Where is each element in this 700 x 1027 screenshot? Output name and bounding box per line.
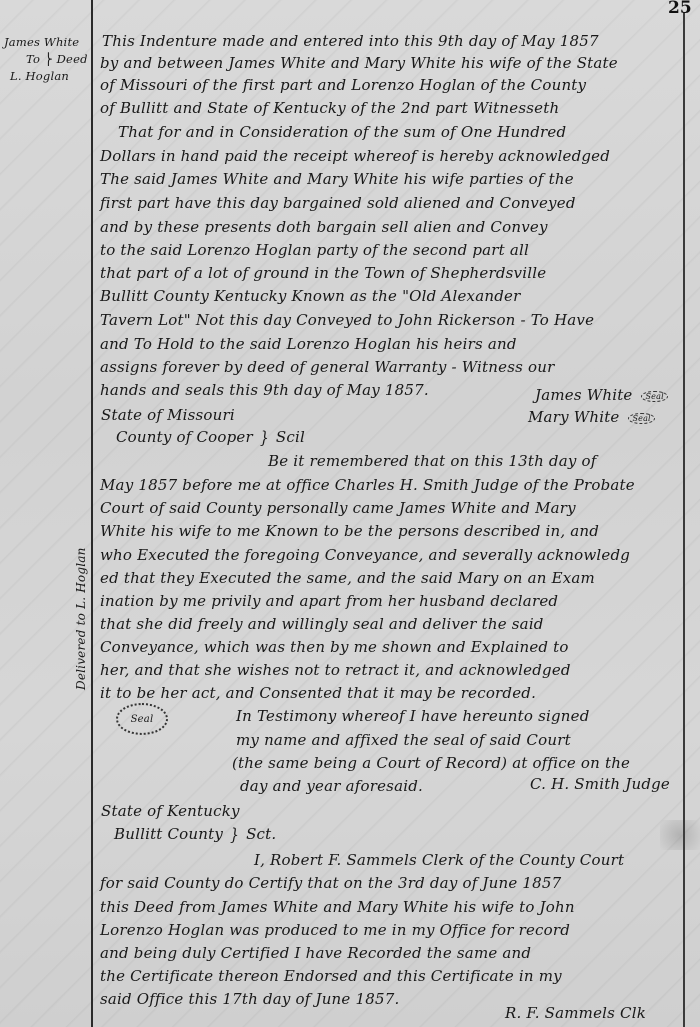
ack-line: Conveyance, which was then by me shown a…: [100, 636, 680, 658]
ack-line: White his wife to me Known to be the per…: [100, 520, 680, 542]
ack-line: ination by me privily and apart from her…: [100, 590, 680, 612]
seal-icon: Seal: [628, 413, 654, 424]
cert-line: I, Robert F. Sammels Clerk of the County…: [254, 849, 684, 871]
venue-suffix: Scil: [276, 428, 305, 446]
indenture-line: by and between James White and Mary Whit…: [100, 52, 680, 74]
clerk-signature: R. F. Sammels Clk: [505, 1004, 646, 1022]
right-margin-rule: [683, 12, 685, 1027]
cert-line: and being duly Certified I have Recorded…: [100, 942, 680, 964]
court-seal-icon: Seal: [116, 703, 168, 735]
indenture-line: That for and in Consideration of the sum…: [118, 121, 698, 143]
indenture-line: of Missouri of the first part and Lorenz…: [100, 74, 680, 96]
margin-index-note: James White To ⎬ Deed L. Hoglan: [4, 34, 88, 85]
ack-line: that she did freely and willingly seal a…: [100, 613, 680, 635]
indenture-line: assigns forever by deed of general Warra…: [100, 356, 680, 378]
ack-line: May 1857 before me at office Charles H. …: [100, 474, 680, 496]
deed-record-page: 25 James White To ⎬ Deed L. Hoglan Deliv…: [0, 0, 700, 1027]
indenture-line: and by these presents doth bargain sell …: [100, 216, 680, 238]
ack-line: ed that they Executed the same, and the …: [100, 567, 680, 589]
missouri-venue-county: County of Cooper } Scil: [116, 428, 305, 446]
cert-line: the Certificate thereon Endorsed and thi…: [100, 965, 680, 987]
indenture-line: This Indenture made and entered into thi…: [102, 30, 682, 52]
ack-line: her, and that she wishes not to retract …: [100, 659, 680, 681]
indenture-line: to the said Lorenzo Hoglan party of the …: [100, 239, 680, 261]
scan-smudge: [660, 820, 700, 850]
ack-line: it to be her act, and Consented that it …: [100, 682, 680, 704]
testimony-line: my name and affixed the seal of said Cou…: [236, 729, 686, 751]
cert-line: this Deed from James White and Mary Whit…: [100, 896, 680, 918]
missouri-venue-state: State of Missouri: [101, 406, 235, 424]
delivery-note-vertical: Delivered to L. Hoglan: [74, 547, 88, 690]
indenture-line: Dollars in hand paid the receipt whereof…: [100, 145, 680, 167]
margin-grantor: James White: [4, 34, 88, 51]
ack-line: Be it remembered that on this 13th day o…: [268, 450, 688, 472]
indenture-line: Tavern Lot" Not this day Conveyed to Joh…: [100, 309, 680, 331]
cert-line: Lorenzo Hoglan was produced to me in my …: [100, 919, 680, 941]
cert-line: for said County do Certify that on the 3…: [100, 872, 680, 894]
venue-county-text: County of Cooper: [116, 428, 253, 446]
judge-signature: C. H. Smith Judge: [530, 775, 670, 793]
indenture-line: of Bullitt and State of Kentucky of the …: [100, 97, 680, 119]
signature-james-white: James White Seal: [535, 386, 668, 404]
ack-line: who Executed the foregoing Conveyance, a…: [100, 544, 680, 566]
kentucky-venue-county: Bullitt County } Sct.: [114, 825, 276, 843]
seal-icon: Seal: [641, 391, 667, 402]
indenture-line: Bullitt County Kentucky Known as the "Ol…: [100, 285, 680, 307]
testimony-line: (the same being a Court of Record) at of…: [232, 752, 687, 774]
indenture-line: first part have this day bargained sold …: [100, 192, 680, 214]
indenture-line: and To Hold to the said Lorenzo Hoglan h…: [100, 333, 680, 355]
court-seal-label: Seal: [131, 714, 154, 725]
margin-document-type: To ⎬ Deed: [4, 51, 88, 68]
ack-line: Court of said County personally came Jam…: [100, 497, 680, 519]
brace-icon: }: [230, 825, 239, 844]
indenture-line: that part of a lot of ground in the Town…: [100, 262, 680, 284]
venue-county-text: Bullitt County: [114, 825, 223, 843]
signature-name: James White: [535, 386, 633, 404]
margin-grantee: L. Hoglan: [4, 68, 88, 85]
page-number: 25: [668, 0, 692, 18]
signature-name: Mary White: [528, 408, 620, 426]
venue-suffix: Sct.: [246, 825, 276, 843]
signature-mary-white: Mary White Seal: [528, 408, 655, 426]
indenture-line: The said James White and Mary White his …: [100, 168, 680, 190]
brace-icon: }: [260, 428, 269, 447]
kentucky-venue-state: State of Kentucky: [101, 802, 240, 820]
testimony-line: In Testimony whereof I have hereunto sig…: [236, 705, 686, 727]
testimony-line: day and year aforesaid.: [240, 775, 440, 797]
left-margin-rule: [91, 0, 93, 1027]
